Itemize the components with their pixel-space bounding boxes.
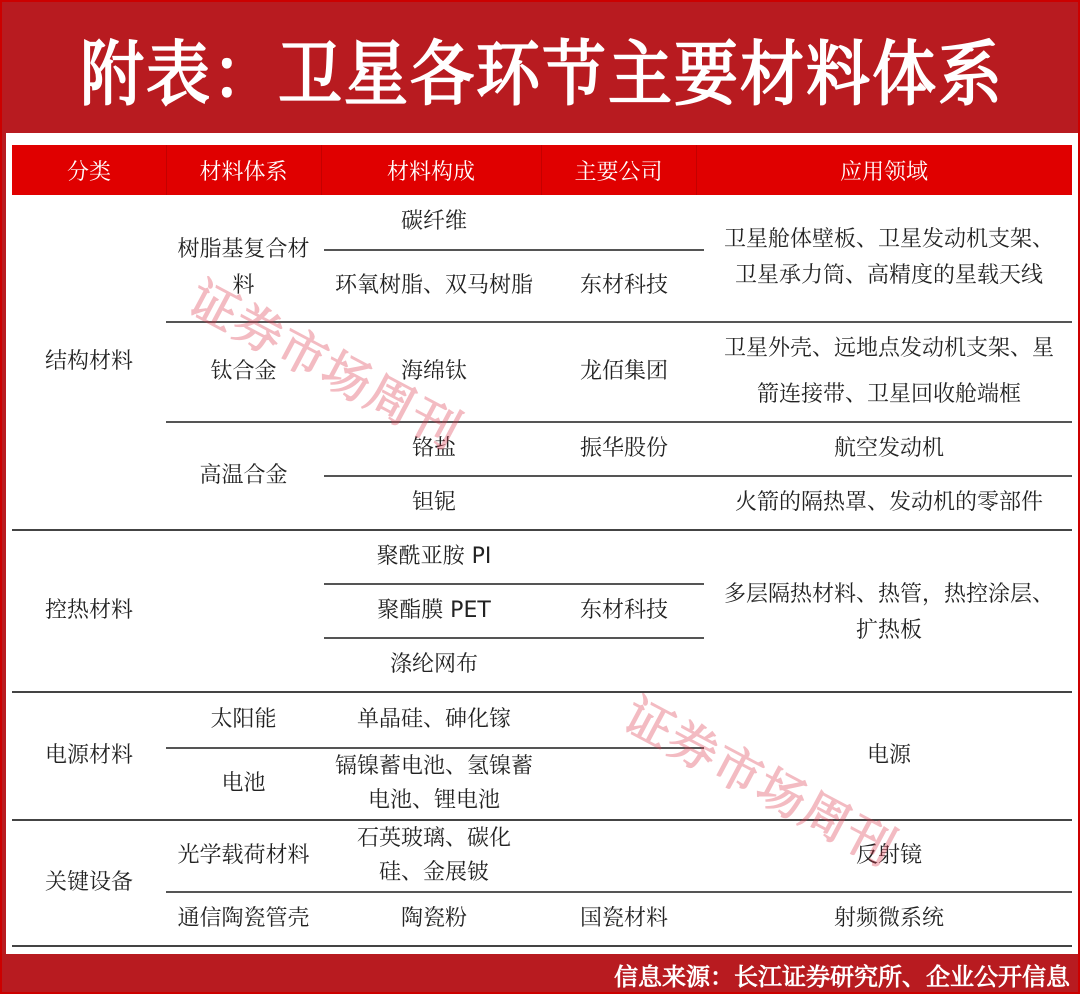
material-polyimide: 聚酰亚胺 PI: [324, 531, 544, 583]
system-resin-composite: 树脂基复合材料: [166, 213, 321, 323]
source-footer: 信息来源：长江证券研究所、企业公开信息: [6, 954, 1078, 994]
material-chromium-salt: 铬盐: [324, 423, 544, 475]
material-pet-film: 聚酯膜 PET: [324, 585, 544, 637]
application-mirror: 反射镜: [704, 821, 1074, 891]
header-application: 应用领域: [696, 145, 1072, 195]
application-rf-microsystem: 射频微系统: [704, 893, 1074, 945]
application-rocket-heat-shield: 火箭的隔热罩、发动机的零部件: [704, 477, 1074, 529]
header-material-composition: 材料构成: [321, 145, 541, 195]
material-sponge-titanium: 海绵钛: [324, 323, 544, 421]
page-title: 附表：卫星各环节主要材料体系: [80, 18, 1004, 119]
header-main-company: 主要公司: [541, 145, 696, 195]
company-lomon: 龙佰集团: [544, 323, 704, 421]
system-titanium-alloy: 钛合金: [166, 323, 321, 421]
category-structural: 结构材料: [12, 195, 166, 529]
application-resin: 卫星舱体壁板、卫星发动机支架、卫星承力筒、高精度的星载天线: [704, 195, 1074, 321]
materials-table: 分类 材料体系 材料构成 主要公司 应用领域 结构材料 树脂基复合材料 碳纤维 …: [6, 133, 1078, 954]
application-power: 电源: [704, 693, 1074, 819]
company-dongcai-2: 东材科技: [544, 585, 704, 637]
title-bar: 附表：卫星各环节主要材料体系: [6, 6, 1078, 132]
material-polyester-mesh: 涤纶网布: [324, 639, 544, 691]
table-header: 分类 材料体系 材料构成 主要公司 应用领域: [12, 145, 1072, 195]
system-optical-payload: 光学载荷材料: [166, 821, 321, 891]
application-aero-engine: 航空发动机: [704, 423, 1074, 475]
company-zhenhua: 振华股份: [544, 423, 704, 475]
category-power: 电源材料: [12, 693, 166, 819]
material-silicon-gaas: 单晶硅、砷化镓: [324, 693, 544, 747]
material-ceramic-powder: 陶瓷粉: [324, 893, 544, 945]
category-thermal: 控热材料: [12, 531, 166, 691]
system-ceramic-package: 通信陶瓷管壳: [166, 893, 321, 945]
material-epoxy-bmi: 环氧树脂、双马树脂: [324, 251, 544, 321]
category-key-equipment: 关键设备: [12, 821, 166, 945]
application-thermal: 多层隔热材料、热管，热控涂层、扩热板: [704, 553, 1074, 673]
application-titanium: 卫星外壳、远地点发动机支架、星箭连接带、卫星回收舱端框: [704, 323, 1074, 421]
company-dongcai-1: 东材科技: [544, 251, 704, 321]
material-batteries: 镉镍蓄电池、氢镍蓄电池、锂电池: [324, 749, 544, 819]
material-quartz-sic-be: 石英玻璃、碳化硅、金展铍: [324, 821, 544, 891]
system-superalloy: 高温合金: [166, 423, 321, 529]
material-carbon-fiber: 碳纤维: [324, 195, 544, 249]
system-solar: 太阳能: [166, 693, 321, 747]
header-material-system: 材料体系: [166, 145, 321, 195]
company-sinocera: 国瓷材料: [544, 893, 704, 945]
material-tantalum-niobium: 钽铌: [324, 477, 544, 529]
source-text: 信息来源：长江证券研究所、企业公开信息: [614, 957, 1070, 992]
header-category: 分类: [12, 145, 166, 195]
page-frame: 附表：卫星各环节主要材料体系 分类 材料体系 材料构成 主要公司 应用领域 结构…: [0, 0, 1080, 994]
table-bottom-border: [12, 945, 1072, 947]
system-battery: 电池: [166, 749, 321, 819]
